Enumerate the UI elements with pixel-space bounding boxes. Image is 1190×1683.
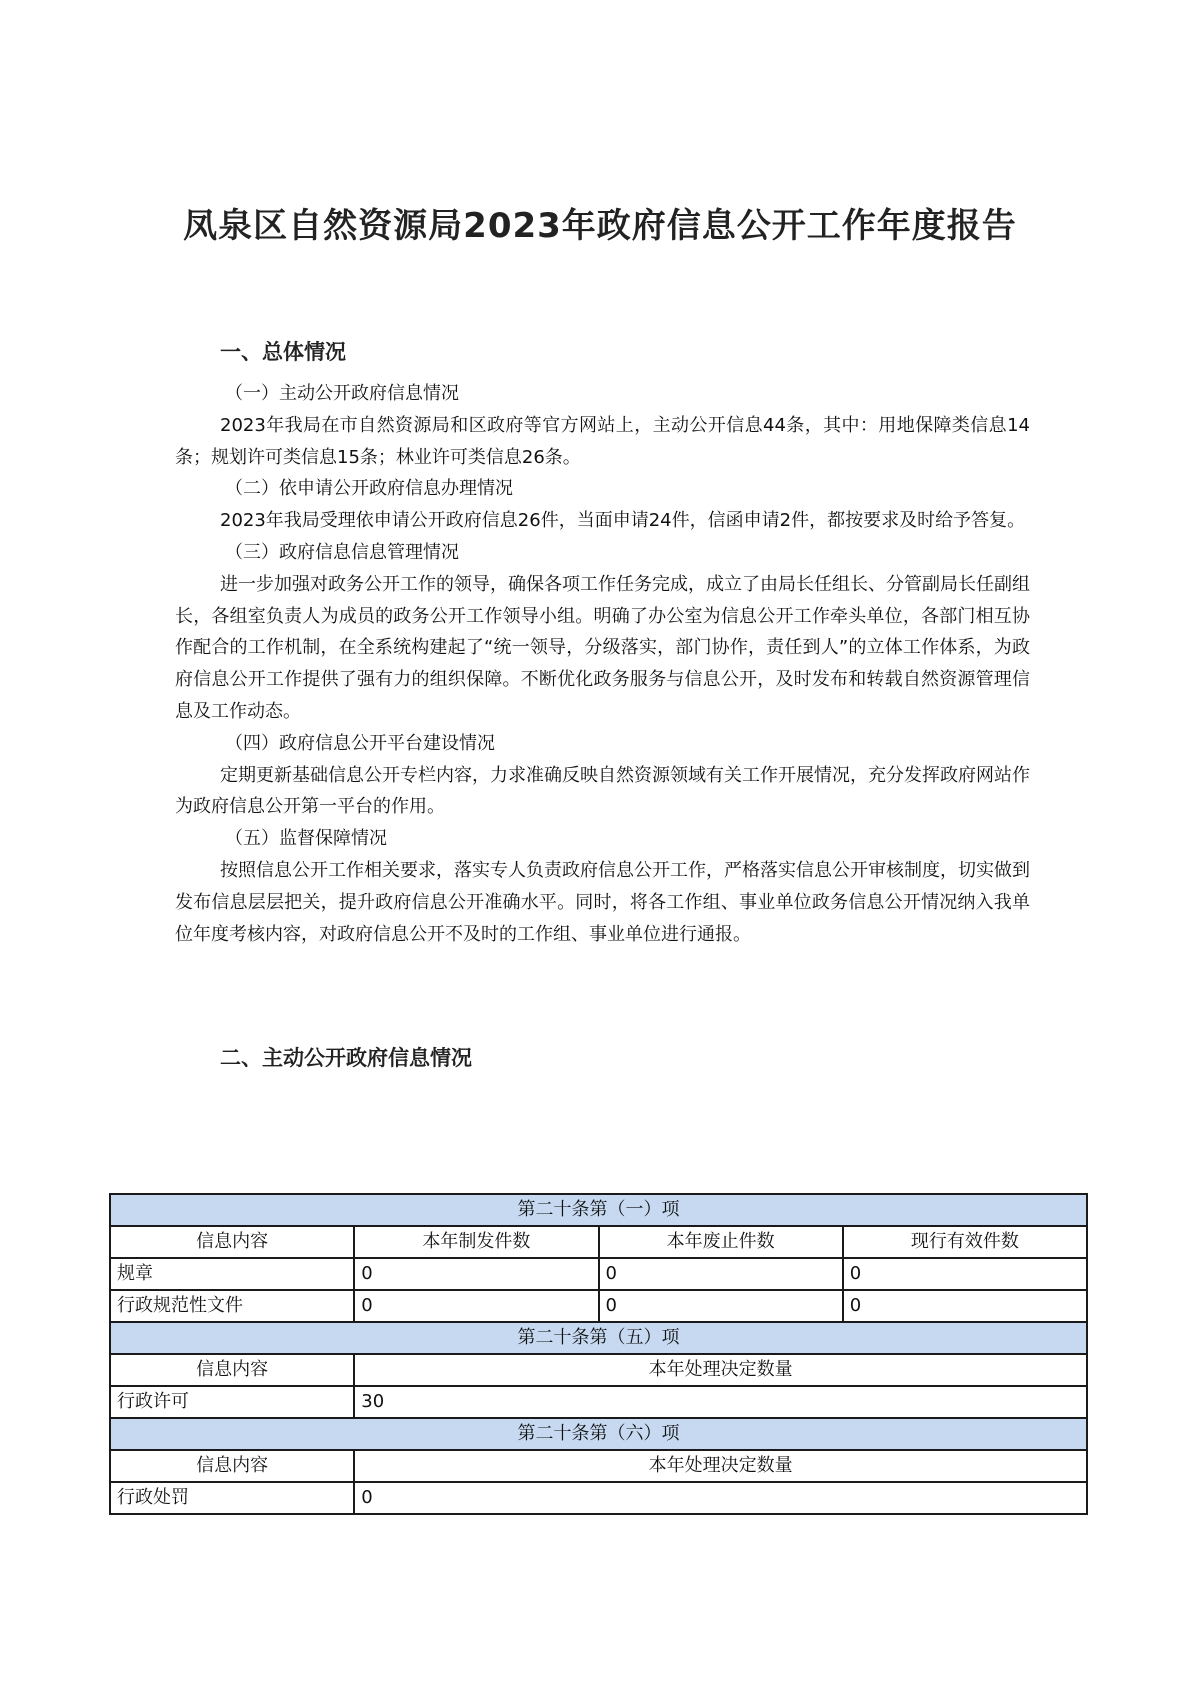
- cell-value: 0: [354, 1290, 598, 1322]
- header-cell: 信息内容: [110, 1450, 354, 1482]
- document-page: 凤泉区自然资源局2023年政府信息公开工作年度报告 一、总体情况 （一）主动公开…: [0, 0, 1190, 1683]
- subsection-heading: （五）监督保障情况: [175, 823, 1030, 855]
- band-label: 第二十条第（五）项: [110, 1322, 1087, 1354]
- cell-value: 0: [599, 1290, 843, 1322]
- header-cell: 本年废止件数: [599, 1226, 843, 1258]
- table-header-row: 信息内容 本年处理决定数量: [110, 1450, 1087, 1482]
- disclosure-table: 第二十条第（一）项 信息内容 本年制发件数 本年废止件数 现行有效件数 规章 0…: [109, 1193, 1088, 1515]
- row-label: 规章: [110, 1258, 354, 1290]
- cell-value: 0: [354, 1482, 1087, 1514]
- header-cell: 本年处理决定数量: [354, 1450, 1087, 1482]
- table-header-row: 信息内容 本年制发件数 本年废止件数 现行有效件数: [110, 1226, 1087, 1258]
- header-cell: 本年制发件数: [354, 1226, 598, 1258]
- subsection-heading: （二）依申请公开政府信息办理情况: [175, 473, 1030, 505]
- table-row: 规章 0 0 0: [110, 1258, 1087, 1290]
- cell-value: 0: [354, 1258, 598, 1290]
- overview-body: （一）主动公开政府信息情况 2023年我局在市自然资源局和区政府等官方网站上，主…: [175, 378, 1030, 950]
- table-row: 行政许可 30: [110, 1386, 1087, 1418]
- table-header-row: 信息内容 本年处理决定数量: [110, 1354, 1087, 1386]
- row-label: 行政许可: [110, 1386, 354, 1418]
- table-band-row: 第二十条第（六）项: [110, 1418, 1087, 1450]
- row-label: 行政规范性文件: [110, 1290, 354, 1322]
- table-row: 行政规范性文件 0 0 0: [110, 1290, 1087, 1322]
- table-band-row: 第二十条第（一）项: [110, 1194, 1087, 1226]
- paragraph: 按照信息公开工作相关要求，落实专人负责政府信息公开工作，严格落实信息公开审核制度…: [175, 855, 1030, 950]
- table-row: 行政处罚 0: [110, 1482, 1087, 1514]
- header-cell: 信息内容: [110, 1354, 354, 1386]
- section-heading-overview: 一、总体情况: [220, 336, 346, 366]
- paragraph: 2023年我局受理依申请公开政府信息26件，当面申请24件，信函申请2件，都按要…: [175, 505, 1030, 537]
- subsection-heading: （三）政府信息信息管理情况: [175, 537, 1030, 569]
- document-title: 凤泉区自然资源局2023年政府信息公开工作年度报告: [160, 192, 1040, 260]
- cell-value: 30: [354, 1386, 1087, 1418]
- header-cell: 现行有效件数: [843, 1226, 1087, 1258]
- band-label: 第二十条第（一）项: [110, 1194, 1087, 1226]
- paragraph: 进一步加强对政务公开工作的领导，确保各项工作任务完成，成立了由局长任组长、分管副…: [175, 569, 1030, 728]
- band-label: 第二十条第（六）项: [110, 1418, 1087, 1450]
- section-heading-proactive-disclosure: 二、主动公开政府信息情况: [220, 1042, 472, 1072]
- header-cell: 信息内容: [110, 1226, 354, 1258]
- paragraph: 2023年我局在市自然资源局和区政府等官方网站上，主动公开信息44条，其中：用地…: [175, 410, 1030, 474]
- header-cell: 本年处理决定数量: [354, 1354, 1087, 1386]
- subsection-heading: （四）政府信息公开平台建设情况: [175, 728, 1030, 760]
- subsection-heading: （一）主动公开政府信息情况: [175, 378, 1030, 410]
- row-label: 行政处罚: [110, 1482, 354, 1514]
- cell-value: 0: [843, 1290, 1087, 1322]
- cell-value: 0: [843, 1258, 1087, 1290]
- cell-value: 0: [599, 1258, 843, 1290]
- paragraph: 定期更新基础信息公开专栏内容，力求准确反映自然资源领域有关工作开展情况，充分发挥…: [175, 760, 1030, 824]
- table-band-row: 第二十条第（五）项: [110, 1322, 1087, 1354]
